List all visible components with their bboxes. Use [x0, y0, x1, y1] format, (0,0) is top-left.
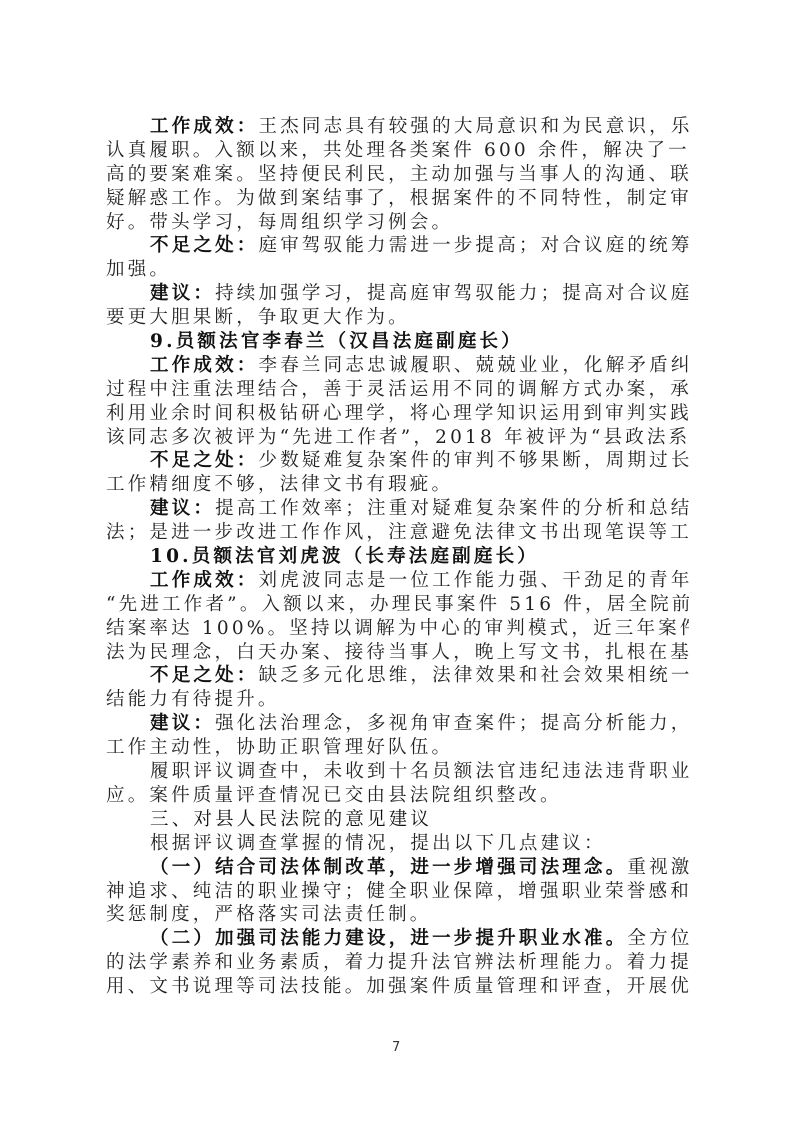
paragraph-line: 该同志多次被评为“先进工作者”，2018 年被评为“县政法系统三八红旗手”。 — [106, 426, 689, 450]
paragraph-line: 应。案件质量评查情况已交由县法院组织整改。 — [106, 784, 689, 808]
judge-heading-9: 9.员额法官李春兰（汉昌法庭副庭长） — [106, 330, 689, 354]
paragraph-line: 奖惩制度，严格落实司法责任制。 — [106, 903, 689, 927]
paragraph-line: 结能力有待提升。 — [106, 688, 689, 712]
paragraph-line: （二）加强司法能力建设，进一步提升职业水准。全方位、多层次地提高法官 — [106, 927, 689, 951]
document-page: 工作成效：王杰同志具有较强的大局意识和为民意识，乐观自信，积极向上， 认真履职。… — [106, 115, 689, 999]
paragraph-line: 工作精细度不够，法律文书有瑕疵。 — [106, 473, 689, 497]
paragraph-line: 法；是进一步改进工作作风，注意避免法律文书出现笔误等工作瑕疵。 — [106, 521, 689, 545]
paragraph-line: “先进工作者”。入额以来，办理民事案件 516 件，居全院前列，无一件超审理周期… — [106, 593, 689, 617]
paragraph-line: 法为民理念，白天办案、接待当事人，晚上写文书，扎根在基层法庭。 — [106, 641, 689, 665]
paragraph-line: 过程中注重法理结合，善于灵活运用不同的调解方式办案，承办案件调撤率高达 60%。 — [106, 378, 689, 402]
page-number: 7 — [392, 1040, 400, 1055]
label-suggestions: 建议： — [150, 498, 215, 519]
paragraph-line: （一）结合司法体制改革，进一步增强司法理念。重视激励法官保持高尚的精 — [106, 856, 689, 880]
paragraph-line: 工作成效：刘虎波同志是一位工作能力强、干劲足的青年法官，多次被评为院 — [106, 569, 689, 593]
paragraph-line: 结案率达 100%。坚持以调解为中心的审判模式，近三年案件调撤率达 41%。践行… — [106, 617, 689, 641]
paragraph-line: 加强。 — [106, 258, 689, 282]
judge-heading-10: 10.员额法官刘虎波（长寿法庭副庭长） — [106, 545, 689, 569]
paragraph-line: 工作主动性，协助正职管理好队伍。 — [106, 736, 689, 760]
label-shortcomings: 不足之处： — [150, 450, 259, 471]
label-suggestions: 建议： — [150, 283, 215, 304]
paragraph-line: 疑解惑工作。为做到案结事了，根据案件的不同特性，制定审判方案，办案效果良 — [106, 187, 689, 211]
paragraph-line: 认真履职。入额以来，共处理各类案件 600 余件，解决了一批社会影响大、关注度 — [106, 139, 689, 163]
label-work-results: 工作成效： — [150, 116, 259, 137]
paragraph-line: 好。带头学习，每周组织学习例会。 — [106, 211, 689, 235]
paragraph-line: 不足之处：少数疑难复杂案件的审判不够果断，周期过长，审判效率有待提升； — [106, 449, 689, 473]
paragraph-line: 高的要案难案。坚持便民利民，主动加强与当事人的沟通、联系，耐心细致做好答 — [106, 163, 689, 187]
paragraph-line: 利用业余时间积极钻研心理学，将心理学知识运用到审判实践中，办案效果良好。 — [106, 402, 689, 426]
paragraph-line: 建议：提高工作效率；注重对疑难复杂案件的分析和总结，积累工作思路和方 — [106, 497, 689, 521]
paragraph-line: 要更大胆果断，争取更大作为。 — [106, 306, 689, 330]
paragraph-line: 履职评议调查中，未收到十名员额法官违纪违法违背职业道德等情况的不良反 — [106, 760, 689, 784]
paragraph-line: 建议：持续加强学习，提高庭审驾驭能力；提高对合议庭的组织能力；工作上 — [106, 282, 689, 306]
label-suggestions: 建议： — [150, 713, 215, 734]
subheading-2: （二）加强司法能力建设，进一步提升职业水准。 — [150, 928, 627, 949]
paragraph-line: 不足之处：庭审驾驭能力需进一步提高；对合议庭的统筹组织能力有待进一步 — [106, 234, 689, 258]
paragraph-line: 用、文书说理等司法技能。加强案件质量管理和评查，开展优秀文书竞赛。做好调 — [106, 975, 689, 999]
label-work-results: 工作成效： — [150, 355, 259, 376]
label-work-results: 工作成效： — [150, 570, 259, 591]
paragraph-line: 工作成效：李春兰同志忠诚履职、兢兢业业，化解矛盾纠纷的能力强。在审判 — [106, 354, 689, 378]
paragraph-line: 的法学素养和业务素质，着力提升法官辨法析理能力。着力提高庭审驾驭、法律适 — [106, 951, 689, 975]
paragraph-line: 建议：强化法治理念，多视角审查案件；提高分析能力，提升综合素质；增强 — [106, 712, 689, 736]
label-shortcomings: 不足之处： — [150, 665, 259, 686]
paragraph-line: 神追求、纯洁的职业操守；健全职业保障，增强职业荣誉感和使命感；建立和执行 — [106, 880, 689, 904]
subheading-1: （一）结合司法体制改革，进一步增强司法理念。 — [150, 857, 627, 878]
paragraph-line: 工作成效：王杰同志具有较强的大局意识和为民意识，乐观自信，积极向上， — [106, 115, 689, 139]
label-shortcomings: 不足之处： — [150, 235, 259, 256]
section-heading: 三、对县人民法院的意见建议 — [106, 808, 689, 832]
paragraph-line: 不足之处：缺乏多元化思维，法律效果和社会效果相统一的能力不足；工作总 — [106, 664, 689, 688]
paragraph-line: 根据评议调查掌握的情况，提出以下几点建议： — [106, 832, 689, 856]
